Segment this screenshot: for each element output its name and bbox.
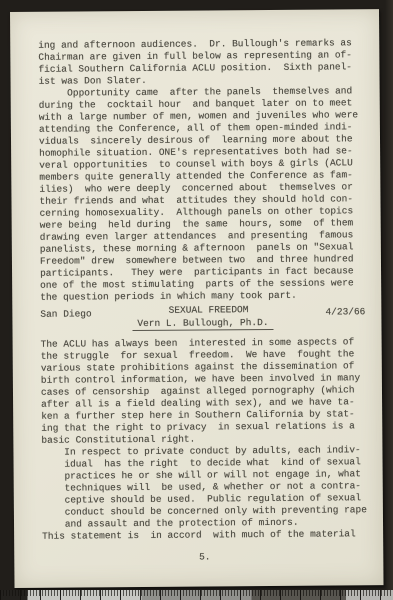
dateline-location: San Diego: [40, 308, 91, 320]
closing-line: This statement is in accord with much of…: [42, 528, 367, 543]
paragraph-aclu-statement: The ACLU has always been interested in s…: [41, 336, 367, 447]
blockquote-private-conduct: In respect to private conduct by adults,…: [41, 444, 367, 531]
scanned-document-frame: { "page": { "colors": { "paper": "#e9e6d…: [0, 0, 393, 600]
article-title: SEXUAL FREEDOM: [169, 304, 249, 317]
document-page: ing and afternoon audiences. Dr. Bulloug…: [10, 9, 384, 588]
paragraph-continuation: ing and afternoon audiences. Dr. Bulloug…: [38, 37, 363, 88]
film-ruler: [0, 590, 393, 600]
article-author: Vern L. Bullough, Ph.D.: [132, 317, 273, 331]
article-date: 4/23/66: [325, 306, 365, 318]
film-edge-strip: [385, 0, 393, 600]
paragraph-conference: Opportunity came after the panels themse…: [39, 85, 366, 304]
page-number: 5.: [42, 550, 367, 564]
